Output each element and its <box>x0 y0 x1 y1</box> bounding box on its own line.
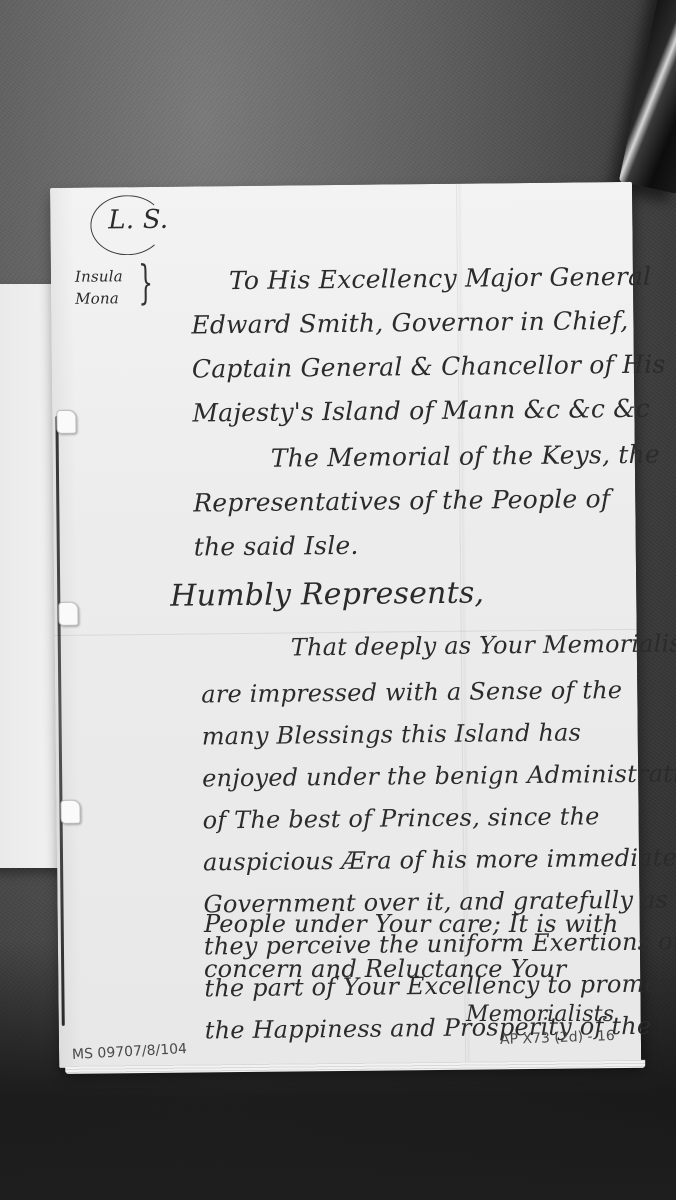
body-line-1: That deeply as Your Memorialists <box>291 629 676 661</box>
margin-brace: } <box>138 255 153 309</box>
binding-string <box>55 416 64 1026</box>
address-line-3: Captain General & Chancellor of His <box>192 350 666 384</box>
seal-text: L. S. <box>108 205 168 236</box>
catchword: Memorialists <box>466 1002 614 1027</box>
body-line-12: concern and Reluctance Your <box>204 955 566 983</box>
body-line-4: enjoyed under the benign Administration <box>202 759 676 792</box>
body-line-5: of The best of Princes, since the <box>202 802 599 834</box>
binding-knot-bottom <box>60 800 80 824</box>
binding-knot-top <box>56 410 76 434</box>
memorial-intro-line-1: The Memorial of the Keys, the <box>271 440 660 473</box>
memorial-intro-line-3: the said Isle. <box>194 531 359 562</box>
memorial-intro-line-2: Representatives of the People of <box>193 484 610 517</box>
body-line-6: auspicious Æra of his more immediate <box>203 843 676 876</box>
memorial-heading: Humbly Represents, <box>170 575 484 613</box>
margin-note-line-1: Insula <box>75 267 123 286</box>
margin-note-line-2: Mona <box>75 289 119 307</box>
address-line-1: To His Excellency Major General <box>229 262 652 295</box>
body-line-2: are impressed with a Sense of the <box>201 676 622 708</box>
binding-knot-middle <box>58 602 78 626</box>
address-line-2: Edward Smith, Governor in Chief, <box>191 306 628 340</box>
address-line-4: Majesty's Island of Mann &c &c &c <box>192 394 650 428</box>
body-line-3: many Blessings this Island has <box>202 718 582 750</box>
body-line-11: People under Your care; It is with <box>204 910 619 938</box>
glass-frame-object <box>619 0 676 194</box>
